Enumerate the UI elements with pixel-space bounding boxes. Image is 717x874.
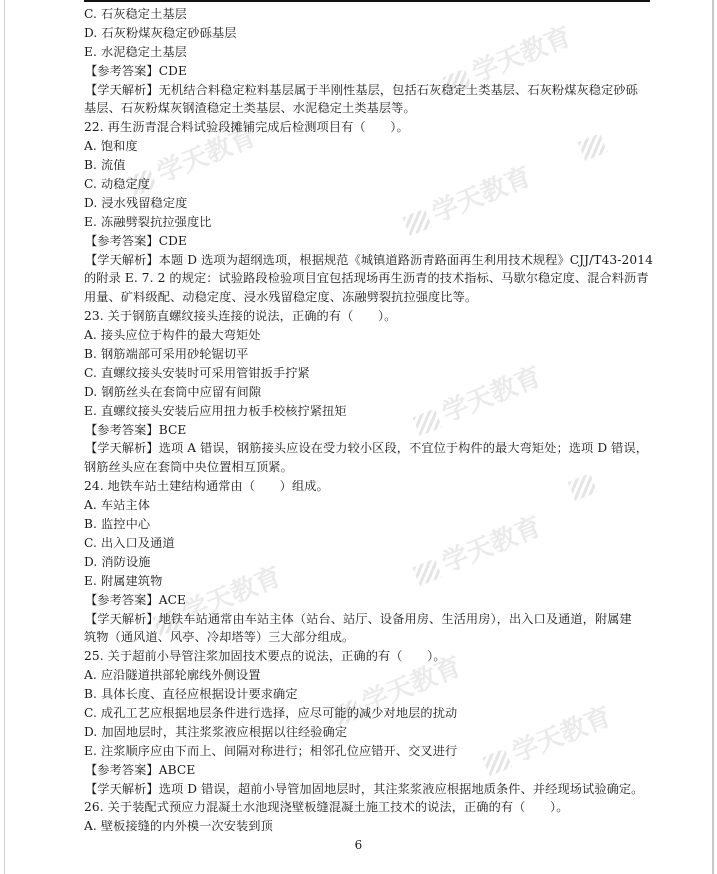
question-26: 26. 关于装配式预应力混凝土水池现浇壁板缝混凝土施工技术的说法，正确的有（ ）… bbox=[84, 798, 684, 817]
analysis-text: 钢筋丝头应在套筒中央位置相互顶紧。 bbox=[84, 458, 684, 477]
question-25: 25. 关于超前小导管注浆加固技术要点的说法，正确的有（ ）。 bbox=[84, 647, 684, 666]
option-text: A. 应沿隧道拱部轮廓线外侧设置 bbox=[84, 666, 684, 685]
option-text: B. 流值 bbox=[84, 156, 684, 175]
option-text: B. 具体长度、直径应根据设计要求确定 bbox=[84, 685, 684, 704]
option-text: C. 出入口及通道 bbox=[84, 534, 684, 553]
option-text: D. 加固地层时，其注浆浆液应根据以往经验确定 bbox=[84, 723, 684, 742]
analysis-text: 【学天解析】选项 A 错误，钢筋接头应设在受力较小区段，不宜位于构件的最大弯矩处… bbox=[84, 439, 684, 458]
analysis-text: 用量、矿料级配、动稳定度、浸水残留稳定度、冻融劈裂抗拉强度比等。 bbox=[84, 288, 684, 307]
option-text: C. 石灰稳定土基层 bbox=[84, 5, 684, 24]
option-text: C. 成孔工艺应根据地层条件进行选择，应尽可能的减少对地层的扰动 bbox=[84, 704, 684, 723]
page-number: 6 bbox=[0, 838, 717, 852]
analysis-text: 【学天解析】无机结合料稳定粒料基层属于半刚性基层，包括石灰稳定土类基层、石灰粉煤… bbox=[84, 81, 684, 100]
scrollbar-edge-right[interactable] bbox=[712, 0, 714, 874]
question-22: 22. 再生沥青混合料试验段摊铺完成后检测项目有（ ）。 bbox=[84, 118, 684, 137]
page-edge-left bbox=[4, 0, 5, 874]
question-23: 23. 关于钢筋直螺纹接头连接的说法，正确的有（ ）。 bbox=[84, 307, 684, 326]
question-24: 24. 地铁车站土建结构通常由（ ）组成。 bbox=[84, 477, 684, 496]
reference-answer: 【参考答案】ABCE bbox=[84, 761, 684, 780]
analysis-text: 【学天解析】选项 D 错误，超前小导管加固地层时，其注浆浆液应根据地质条件、并经… bbox=[84, 780, 684, 799]
option-text: A. 接头应位于构件的最大弯矩处 bbox=[84, 326, 684, 345]
reference-answer: 【参考答案】ACE bbox=[84, 591, 684, 610]
analysis-text: 的附录 E. 7. 2 的规定：试验路段检验项目宜包括现场再生沥青的技术指标、马… bbox=[84, 269, 684, 288]
reference-answer: 【参考答案】CDE bbox=[84, 62, 684, 81]
option-text: A. 饱和度 bbox=[84, 137, 684, 156]
option-text: E. 水泥稳定土基层 bbox=[84, 43, 684, 62]
reference-answer: 【参考答案】CDE bbox=[84, 232, 684, 251]
option-text: B. 监控中心 bbox=[84, 515, 684, 534]
option-text: E. 直螺纹接头安装后应用扭力板手校核拧紧扭矩 bbox=[84, 402, 684, 421]
analysis-text: 筑物（通风道、风亭、冷却塔等）三大部分组成。 bbox=[84, 628, 684, 647]
document-page: C. 石灰稳定土基层 D. 石灰粉煤灰稳定砂砾基层 E. 水泥稳定土基层 【参考… bbox=[84, 5, 684, 836]
reference-answer: 【参考答案】BCE bbox=[84, 421, 684, 440]
option-text: A. 车站主体 bbox=[84, 496, 684, 515]
analysis-text: 【学天解析】地铁车站通常由车站主体（站台、站厅、设备用房、生活用房），出入口及通… bbox=[84, 610, 684, 629]
option-text: E. 附属建筑物 bbox=[84, 572, 684, 591]
option-text: E. 注浆顺序应由下而上、间隔对称进行；相邻孔位应错开、交叉进行 bbox=[84, 742, 684, 761]
option-text: B. 钢筋端部可采用砂轮锯切平 bbox=[84, 345, 684, 364]
option-text: D. 钢筋丝头在套筒中应留有间隙 bbox=[84, 383, 684, 402]
analysis-text: 【学天解析】本题 D 选项为超纲选项，根据规范《城镇道路沥青路面再生利用技术规程… bbox=[84, 251, 684, 270]
option-text: C. 直螺纹接头安装时可采用管钳扳手拧紧 bbox=[84, 364, 684, 383]
option-text: A. 壁板接缝的内外模一次安装到顶 bbox=[84, 817, 684, 836]
option-text: D. 消防设施 bbox=[84, 553, 684, 572]
analysis-text: 基层、石灰粉煤灰钢渣稳定土类基层、水泥稳定土类基层等。 bbox=[84, 99, 684, 118]
top-rule-divider bbox=[84, 0, 650, 2]
option-text: D. 石灰粉煤灰稳定砂砾基层 bbox=[84, 24, 684, 43]
option-text: C. 动稳定度 bbox=[84, 175, 684, 194]
option-text: E. 冻融劈裂抗拉强度比 bbox=[84, 213, 684, 232]
option-text: D. 浸水残留稳定度 bbox=[84, 194, 684, 213]
